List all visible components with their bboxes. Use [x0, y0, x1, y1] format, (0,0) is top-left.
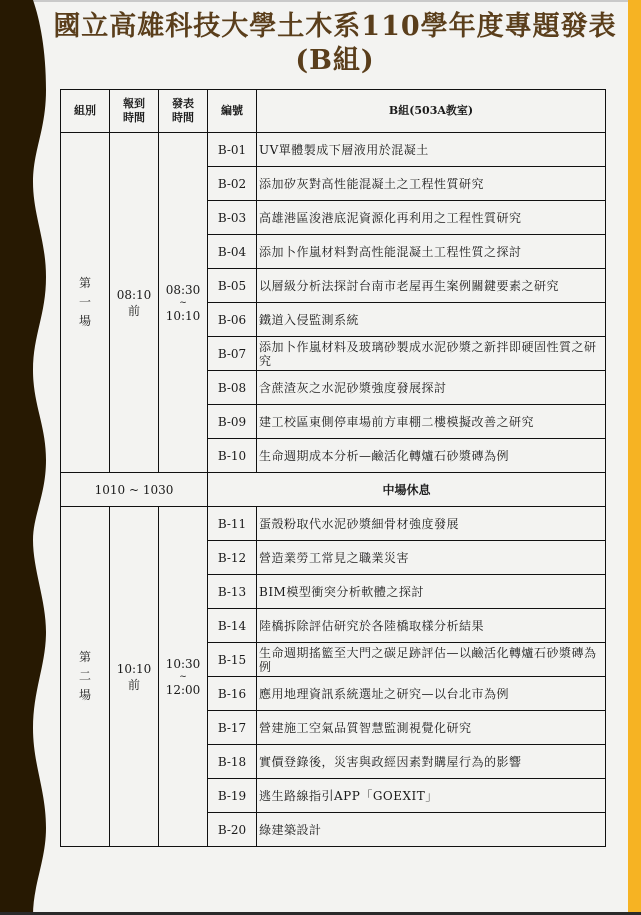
session-char: 第	[61, 648, 109, 667]
header-room: B組(503A教室)	[257, 90, 606, 133]
header-checkin-line1: 報到	[110, 97, 158, 111]
present-start: 10:30	[159, 656, 207, 672]
code-cell: B-18	[208, 745, 257, 779]
topic-cell: 添加卜作嵐材料及玻璃砂製成水泥砂漿之新拌即硬固性質之研究	[257, 337, 606, 371]
code-cell: B-19	[208, 779, 257, 813]
topic-cell: 綠建築設計	[257, 813, 606, 847]
table-row: 第 二 場 10:10 前 10:30 ~ 12:00 B-11 蛋殼粉取代水泥…	[61, 507, 606, 541]
break-row: 1010 ~ 1030 中場休息	[61, 473, 606, 507]
code-cell: B-06	[208, 303, 257, 337]
code-cell: B-17	[208, 711, 257, 745]
topic-cell: 高雄港區浚港底泥資源化再利用之工程性質研究	[257, 201, 606, 235]
header-present-line2: 時間	[159, 111, 207, 125]
topic-cell: UV單體製成下層液用於混凝土	[257, 133, 606, 167]
title-line-1: 國立高雄科技大學土木系110學年度專題發表	[40, 10, 630, 44]
code-cell: B-13	[208, 575, 257, 609]
checkin-suffix: 前	[110, 303, 158, 319]
present-start: 08:30	[159, 282, 207, 298]
header-group: 組別	[61, 90, 110, 133]
header-present: 發表 時間	[159, 90, 208, 133]
topic-cell: 添加矽灰對高性能混凝土之工程性質研究	[257, 167, 606, 201]
session-1-name: 第 一 場	[61, 133, 110, 473]
code-cell: B-09	[208, 405, 257, 439]
page-title: 國立高雄科技大學土木系110學年度專題發表 (B組)	[40, 10, 630, 78]
session-char: 一	[61, 293, 109, 312]
header-checkin-line2: 時間	[110, 111, 158, 125]
session-1-checkin: 08:10 前	[110, 133, 159, 473]
session-char: 第	[61, 274, 109, 293]
code-cell: B-15	[208, 643, 257, 677]
session-1-present-time: 08:30 ~ 10:10	[159, 133, 208, 473]
left-wave-decoration	[0, 0, 60, 915]
session-char: 場	[61, 312, 109, 331]
code-cell: B-02	[208, 167, 257, 201]
topic-cell: 營建施工空氣品質智慧監測視覺化研究	[257, 711, 606, 745]
code-cell: B-03	[208, 201, 257, 235]
present-sep: ~	[159, 298, 207, 308]
topic-cell: BIM模型衝突分析軟體之探討	[257, 575, 606, 609]
session-2-name: 第 二 場	[61, 507, 110, 847]
title-line-2: (B組)	[40, 44, 630, 78]
topic-cell: 營造業勞工常見之職業災害	[257, 541, 606, 575]
break-time: 1010 ~ 1030	[61, 473, 208, 507]
code-cell: B-04	[208, 235, 257, 269]
topic-cell: 鐵道入侵監測系統	[257, 303, 606, 337]
header-checkin: 報到 時間	[110, 90, 159, 133]
header-row: 組別 報到 時間 發表 時間 編號 B組(503A教室)	[61, 90, 606, 133]
present-end: 10:10	[159, 308, 207, 324]
topic-cell: 含蔗渣灰之水泥砂漿強度發展探討	[257, 371, 606, 405]
session-char: 二	[61, 667, 109, 686]
code-cell: B-14	[208, 609, 257, 643]
schedule-table: 組別 報到 時間 發表 時間 編號 B組(503A教室) 第 一 場 08:10…	[60, 89, 606, 847]
code-cell: B-10	[208, 439, 257, 473]
top-border	[0, 0, 641, 2]
code-cell: B-01	[208, 133, 257, 167]
topic-cell: 逃生路線指引APP「GOEXIT」	[257, 779, 606, 813]
code-cell: B-07	[208, 337, 257, 371]
right-accent-bar	[628, 0, 641, 915]
topic-cell: 生命週期成本分析—鹼活化轉爐石砂漿磚為例	[257, 439, 606, 473]
code-cell: B-16	[208, 677, 257, 711]
topic-cell: 陸橋拆除評估研究於各陸橋取樣分析結果	[257, 609, 606, 643]
topic-cell: 應用地理資訊系統選址之研究—以台北市為例	[257, 677, 606, 711]
session-2-checkin: 10:10 前	[110, 507, 159, 847]
present-end: 12:00	[159, 682, 207, 698]
session-2-present-time: 10:30 ~ 12:00	[159, 507, 208, 847]
topic-cell: 添加卜作嵐材料對高性能混凝土工程性質之探討	[257, 235, 606, 269]
present-sep: ~	[159, 672, 207, 682]
topic-cell: 以層級分析法探討台南市老屋再生案例關鍵要素之研究	[257, 269, 606, 303]
checkin-time: 08:10	[110, 287, 158, 303]
session-char: 場	[61, 686, 109, 705]
header-present-line1: 發表	[159, 97, 207, 111]
break-label: 中場休息	[208, 473, 606, 507]
topic-cell: 建工校區東側停車場前方車棚二樓模擬改善之研究	[257, 405, 606, 439]
topic-cell: 實價登錄後，災害與政經因素對購屋行為的影響	[257, 745, 606, 779]
table-row: 第 一 場 08:10 前 08:30 ~ 10:10 B-01 UV單體製成下…	[61, 133, 606, 167]
code-cell: B-12	[208, 541, 257, 575]
header-code: 編號	[208, 90, 257, 133]
checkin-time: 10:10	[110, 661, 158, 677]
code-cell: B-11	[208, 507, 257, 541]
code-cell: B-05	[208, 269, 257, 303]
code-cell: B-20	[208, 813, 257, 847]
code-cell: B-08	[208, 371, 257, 405]
topic-cell: 蛋殼粉取代水泥砂漿細骨材強度發展	[257, 507, 606, 541]
checkin-suffix: 前	[110, 677, 158, 693]
topic-cell: 生命週期搖籃至大門之碳足跡評估—以鹼活化轉爐石砂漿磚為例	[257, 643, 606, 677]
